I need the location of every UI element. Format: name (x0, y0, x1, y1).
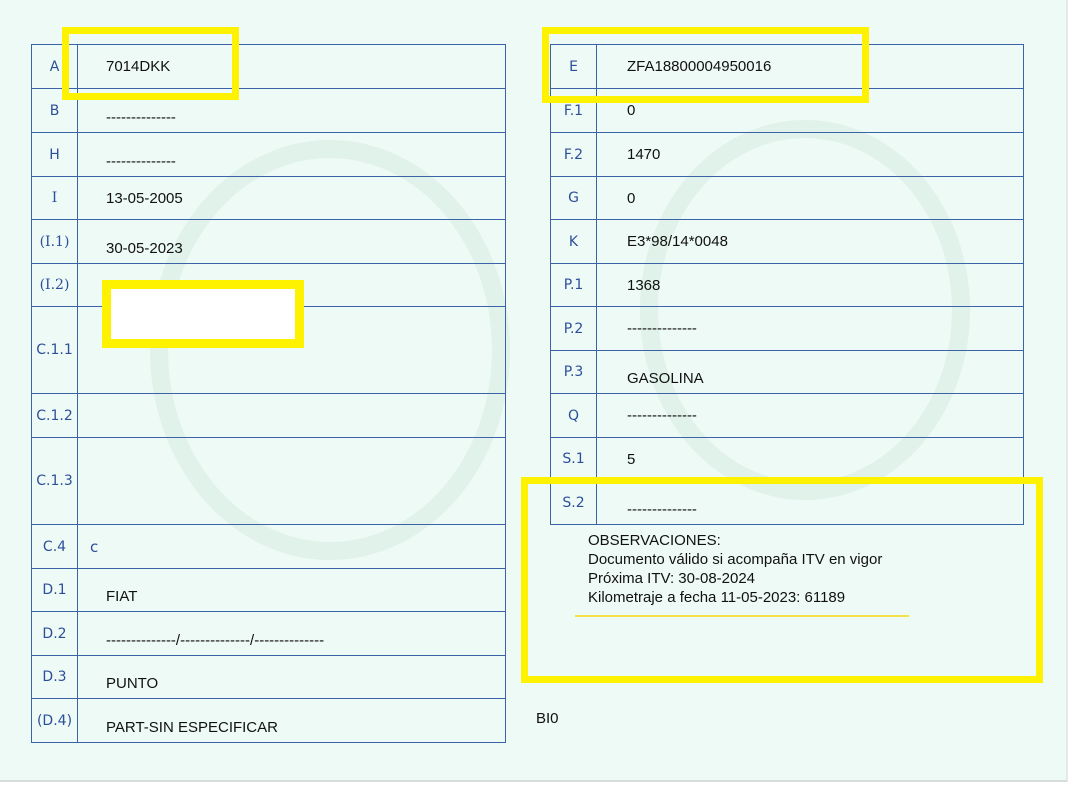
max-power: -------------- (597, 307, 1023, 350)
field-row-k: K E3*98/14*0048 (551, 220, 1023, 264)
field-value: c (78, 525, 505, 568)
field-row-f2: F.2 1470 (551, 133, 1023, 177)
type-approval-number: E3*98/14*0048 (597, 220, 1023, 263)
field-row-p3: P.3 GASOLINA (551, 351, 1023, 394)
field-row-e: E ZFA18800004950016 (551, 45, 1023, 89)
field-row-p2: P.2 -------------- (551, 307, 1023, 351)
field-code: K (551, 220, 597, 263)
field-row-c13: C.1.3 (32, 438, 505, 525)
footer-code: BI0 (536, 710, 559, 727)
observations-underline (575, 615, 909, 617)
field-row-c12: C.1.2 (32, 394, 505, 438)
field-code: Q (551, 394, 597, 437)
field-code: P.2 (551, 307, 597, 350)
field-row-f1: F.1 0 (551, 89, 1023, 133)
field-code: G (551, 177, 597, 219)
field-value (78, 394, 505, 437)
field-code: S.2 (551, 481, 597, 524)
left-field-table: A 7014DKK B -------------- H -----------… (31, 44, 506, 743)
field-row-d3: D.3 PUNTO (32, 656, 505, 699)
field-row-d2: D.2 --------------/--------------/------… (32, 612, 505, 656)
field-code: I (32, 177, 78, 219)
field-row-d1: D.1 FIAT (32, 569, 505, 612)
mass-in-service: 0 (597, 177, 1023, 219)
field-code: B (32, 89, 78, 132)
registration-date: 30-05-2023 (78, 220, 505, 263)
seating-capacity: 5 (597, 438, 1023, 480)
observations-line: Documento válido si acompaña ITV en vigo… (588, 550, 882, 569)
vehicle-category: PART-SIN ESPECIFICAR (78, 699, 505, 742)
field-row-d4: (D.4) PART-SIN ESPECIFICAR (32, 699, 505, 742)
observations-block: OBSERVACIONES: Documento válido si acomp… (588, 531, 882, 607)
standing-capacity: -------------- (597, 481, 1023, 524)
vehicle-make: FIAT (78, 569, 505, 611)
mileage-reading: Kilometraje a fecha 11-05-2023: 61189 (588, 588, 882, 607)
field-row-g: G 0 (551, 177, 1023, 220)
max-mass: 0 (597, 89, 1023, 132)
field-row-b: B -------------- (32, 89, 505, 133)
registration-number: 7014DKK (78, 45, 505, 88)
right-field-table: E ZFA18800004950016 F.1 0 F.2 1470 G 0 K… (550, 44, 1024, 525)
field-row-i: I 13-05-2005 (32, 177, 505, 220)
field-row-a: A 7014DKK (32, 45, 505, 89)
engine-capacity: 1368 (597, 264, 1023, 306)
field-value: -------------- (78, 89, 505, 132)
field-code: D.2 (32, 612, 78, 655)
field-row-s1: S.1 5 (551, 438, 1023, 481)
power-weight-ratio: -------------- (597, 394, 1023, 437)
field-code: C.1.1 (32, 307, 78, 393)
field-code: E (551, 45, 597, 88)
field-code: (I.1) (32, 220, 78, 263)
field-code: P.1 (551, 264, 597, 306)
vin-number: ZFA18800004950016 (597, 45, 1023, 88)
vehicle-model: PUNTO (78, 656, 505, 698)
field-code: P.3 (551, 351, 597, 393)
holder-address (78, 438, 505, 524)
field-code: D.3 (32, 656, 78, 698)
field-code: C.4 (32, 525, 78, 568)
field-code: D.1 (32, 569, 78, 611)
observations-title: OBSERVACIONES: (588, 531, 882, 550)
field-row-p1: P.1 1368 (551, 264, 1023, 307)
document-page: A 7014DKK B -------------- H -----------… (0, 0, 1068, 782)
redacted-holder-name (102, 280, 304, 348)
next-itv-date: Próxima ITV: 30-08-2024 (588, 569, 882, 588)
field-code: (I.2) (32, 264, 78, 306)
field-code: C.1.2 (32, 394, 78, 437)
max-mass-service: 1470 (597, 133, 1023, 176)
field-code: S.1 (551, 438, 597, 480)
field-code: F.1 (551, 89, 597, 132)
field-value: -------------- (78, 133, 505, 176)
field-code: (D.4) (32, 699, 78, 742)
vehicle-type-variant: --------------/--------------/----------… (78, 612, 505, 655)
fuel-type: GASOLINA (597, 351, 1023, 393)
field-row-c4: C.4 c (32, 525, 505, 569)
field-row-i1: (I.1) 30-05-2023 (32, 220, 505, 264)
field-code: A (32, 45, 78, 88)
field-row-h: H -------------- (32, 133, 505, 177)
field-code: F.2 (551, 133, 597, 176)
first-registration-date: 13-05-2005 (78, 177, 505, 219)
field-row-s2: S.2 -------------- (551, 481, 1023, 524)
field-code: C.1.3 (32, 438, 78, 524)
field-code: H (32, 133, 78, 176)
field-row-q: Q -------------- (551, 394, 1023, 438)
